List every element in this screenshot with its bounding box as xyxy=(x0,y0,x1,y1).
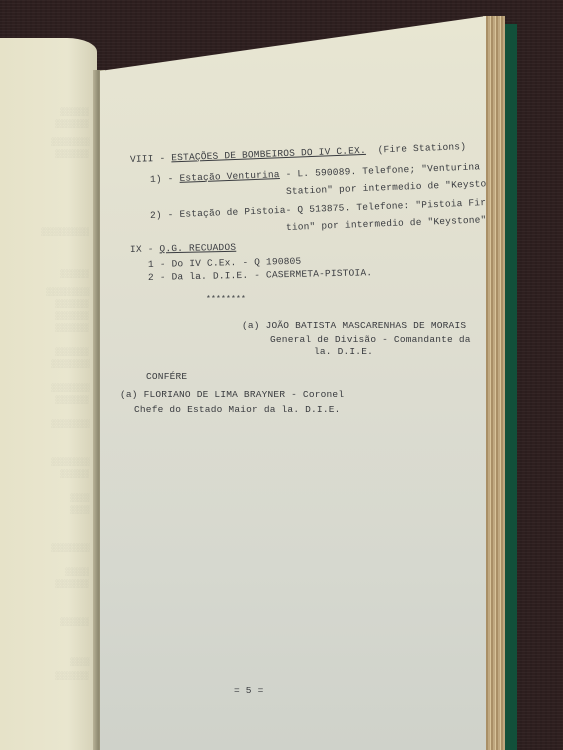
signatory-title: General de Divisão - Comandante da xyxy=(270,334,471,345)
bleed-through-text: ░░░░░░░ xyxy=(55,312,89,321)
bleed-through-text: ░░░░░░░ xyxy=(55,580,89,589)
page-block-edge xyxy=(483,16,505,750)
left-page: ░░░░░░ ░░░░░░░ ░░░░░░░░ ░░░░░░░ ░░░░░░░░… xyxy=(0,38,97,750)
document-page: VIII - ESTAÇÕES DE BOMBEIROS DO IV C.EX.… xyxy=(100,16,486,750)
section-ix-item-2: 2 - Da la. D.I.E. - CASERMETA-PISTOIA. xyxy=(148,267,372,283)
bleed-through-text: ░░░░ xyxy=(70,494,89,503)
section-ix-heading: IX - Q.G. RECUADOS xyxy=(130,242,236,255)
bleed-through-text: ░░░░ xyxy=(70,506,89,515)
bleed-through-text: ░░░░░░ xyxy=(60,108,89,117)
signatory-name: JOÃO BATISTA MASCARENHAS DE MORAIS xyxy=(266,320,467,331)
bleed-through-text: ░░░░░░░ xyxy=(55,324,89,333)
section-ix-item-1: 1 - Do IV C.Ex. - Q 190805 xyxy=(148,256,302,270)
bleed-through-text: ░░░░░░ xyxy=(60,470,89,479)
bleed-through-text: ░░░░░░░ xyxy=(55,396,89,405)
confere-title: Chefe do Estado Maior da la. D.I.E. xyxy=(134,404,341,415)
bleed-through-text: ░░░░ xyxy=(70,658,89,667)
section-ix-title: Q.G. RECUADOS xyxy=(159,242,236,255)
bleed-through-text: ░░░░░░░ xyxy=(55,672,89,681)
bleed-through-text: ░░░░░░░░ xyxy=(51,360,89,369)
section-viii-item-2-cont: tion" por intermedio de "Keystone". xyxy=(286,214,493,233)
section-viii-title: ESTAÇÕES DE BOMBEIROS DO IV C.EX. xyxy=(171,145,366,163)
bleed-through-text: ░░░░░░ xyxy=(60,270,89,279)
confere-label: CONFÉRE xyxy=(146,371,187,382)
bleed-through-text: ░░░░░░░ xyxy=(55,300,89,309)
bleed-through-text: ░░░░░░░ xyxy=(55,150,89,159)
signatory-unit: la. D.I.E. xyxy=(314,346,373,357)
bleed-through-text: ░░░░░░░░░ xyxy=(46,288,89,297)
bleed-through-text: ░░░░░░░░ xyxy=(51,544,89,553)
signature-name-line: (a) JOÃO BATISTA MASCARENHAS DE MORAIS xyxy=(242,320,466,331)
item-2-name: Estação de Pistoia- xyxy=(179,205,291,220)
section-viii-heading: VIII - ESTAÇÕES DE BOMBEIROS DO IV C.EX.… xyxy=(130,141,467,165)
item-1-name: Estação Venturina xyxy=(179,169,280,184)
bleed-through-text: ░░░░░░░░ xyxy=(51,458,89,467)
bleed-through-text: ░░░░░░░░░░ xyxy=(41,228,89,237)
bleed-through-text: ░░░░░░░░ xyxy=(51,384,89,393)
bleed-through-text: ░░░░░░░ xyxy=(55,348,89,357)
section-viii-note: (Fire Stations) xyxy=(377,141,466,155)
bleed-through-text: ░░░░░░░░ xyxy=(51,420,89,429)
bleed-through-text: ░░░░░░ xyxy=(60,618,89,627)
bleed-through-text: ░░░░░ xyxy=(65,568,89,577)
section-viii-item-1-cont: Station" por intermedio de "Keystone". xyxy=(286,177,511,197)
separator: ******** xyxy=(206,295,246,304)
bleed-through-text: ░░░░░░░ xyxy=(55,120,89,129)
page-number: = 5 = xyxy=(234,685,264,696)
confere-signatory: (a) FLORIANO DE LIMA BRAYNER - Coronel xyxy=(120,389,344,400)
bleed-through-text: ░░░░░░░░ xyxy=(51,138,89,147)
